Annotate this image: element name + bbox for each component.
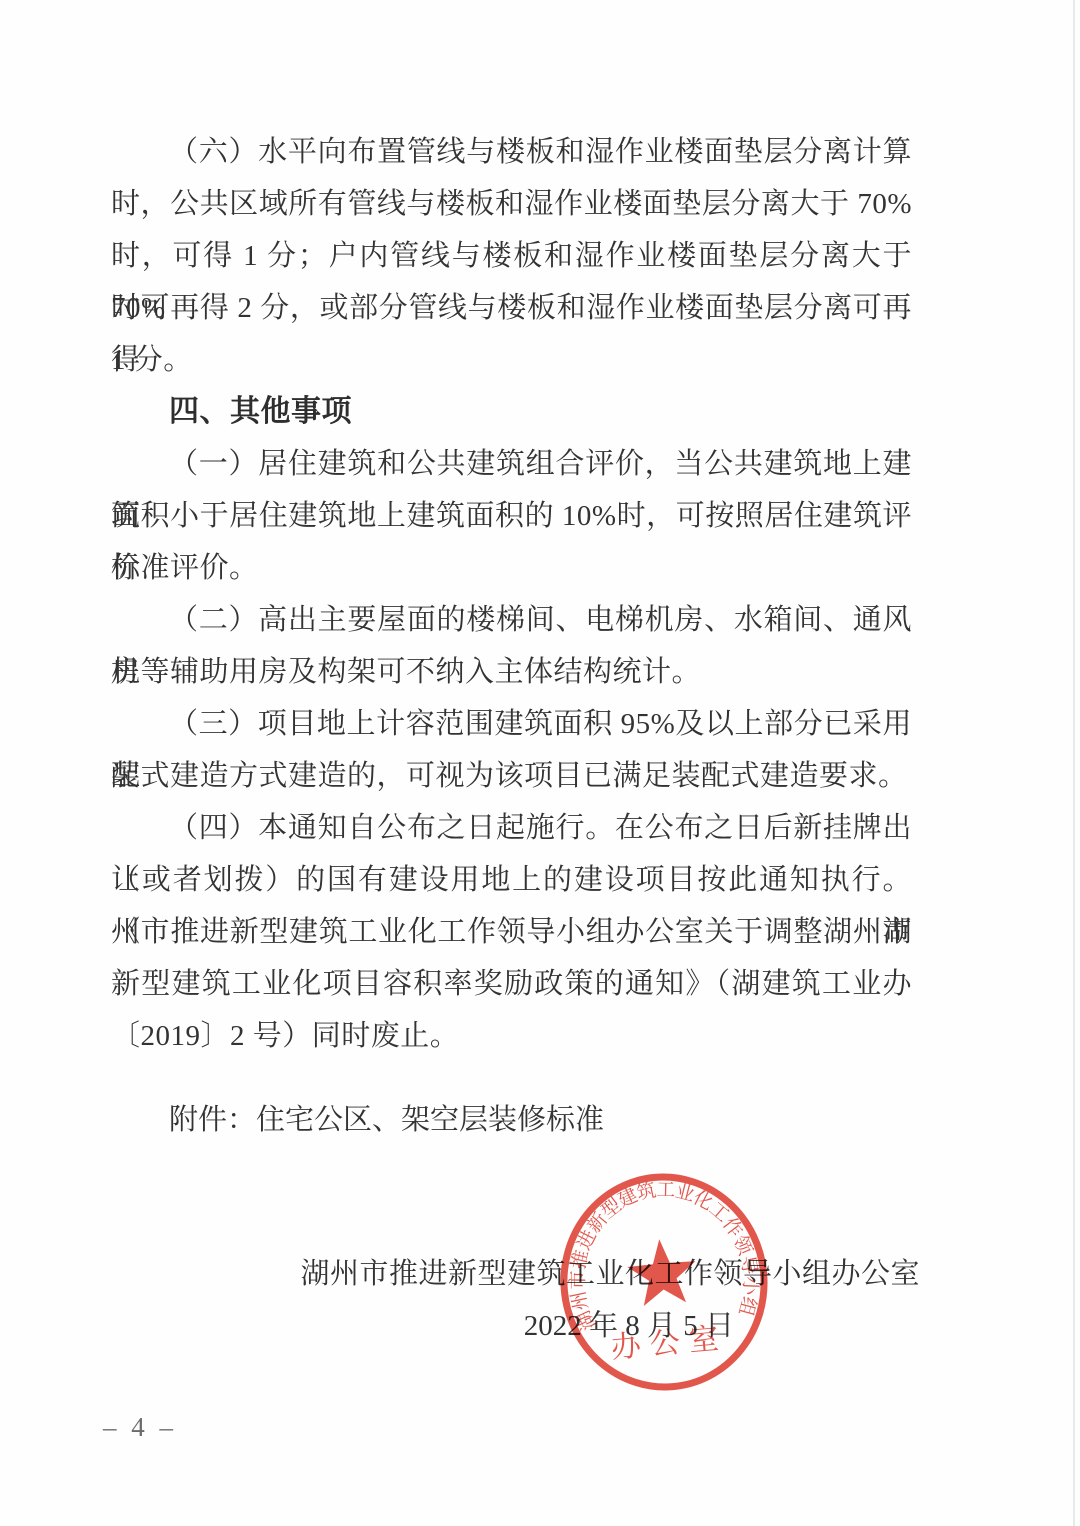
page-number: – 4 – [103, 1412, 177, 1443]
text-line: （二）高出主要屋面的楼梯间、电梯机房、水箱间、通风机 [111, 594, 912, 646]
text-line: （四）本通知自公布之日起施行。在公布之日后新挂牌出让 [111, 802, 912, 854]
signature-org: 湖州市推进新型建筑工业化工作领导小组办公室 [111, 1248, 920, 1300]
text-line: 新型建筑工业化项目容积率奖励政策的通知》（湖建筑工业办 [111, 958, 912, 1010]
text-line: 配式建造方式建造的，可视为该项目已满足装配式建造要求。 [111, 750, 912, 802]
text-line: 〔2019〕2 号）同时废止。 [111, 1010, 912, 1062]
document-page: （六）水平向布置管线与楼板和湿作业楼面垫层分离计算时，公共区域所有管线与楼板和湿… [0, 0, 1080, 1526]
text-line: 1 分。 [111, 334, 912, 386]
attachment-line: 附件：住宅公区、架空层装修标准 [111, 1094, 912, 1146]
signature-date: 2022 年 8 月 5 日 [111, 1300, 734, 1352]
text-line: 时，公共区域所有管线与楼板和湿作业楼面垫层分离大于 70% [111, 178, 912, 230]
text-line: （一）居住建筑和公共建筑组合评价，当公共建筑地上建筑 [111, 438, 912, 490]
text-line: 四、其他事项 [111, 386, 912, 438]
text-line: 面积小于居住建筑地上建筑面积的 10%时，可按照居住建筑评价 [111, 490, 912, 542]
text-line: （或者划拨）的国有建设用地上的建设项目按此通知执行。《湖 [111, 854, 912, 906]
text-line: 时，可得 1 分；户内管线与楼板和湿作业楼面垫层分离大于 70% [111, 230, 912, 282]
text-line: （三）项目地上计容范围建筑面积 95%及以上部分已采用装 [111, 698, 912, 750]
lines-container: （六）水平向布置管线与楼板和湿作业楼面垫层分离计算时，公共区域所有管线与楼板和湿… [111, 126, 912, 1062]
text-line: 州市推进新型建筑工业化工作领导小组办公室关于调整湖州市 [111, 906, 912, 958]
text-line: （六）水平向布置管线与楼板和湿作业楼面垫层分离计算 [111, 126, 912, 178]
text-line: 房等辅助用房及构架可不纳入主体结构统计。 [111, 646, 912, 698]
scan-edge-line [1073, 0, 1075, 1526]
text-line: 标准评价。 [111, 542, 912, 594]
document-body: （六）水平向布置管线与楼板和湿作业楼面垫层分离计算时，公共区域所有管线与楼板和湿… [111, 126, 912, 1352]
text-line: 时可再得 2 分，或部分管线与楼板和湿作业楼面垫层分离可再得 [111, 282, 912, 334]
